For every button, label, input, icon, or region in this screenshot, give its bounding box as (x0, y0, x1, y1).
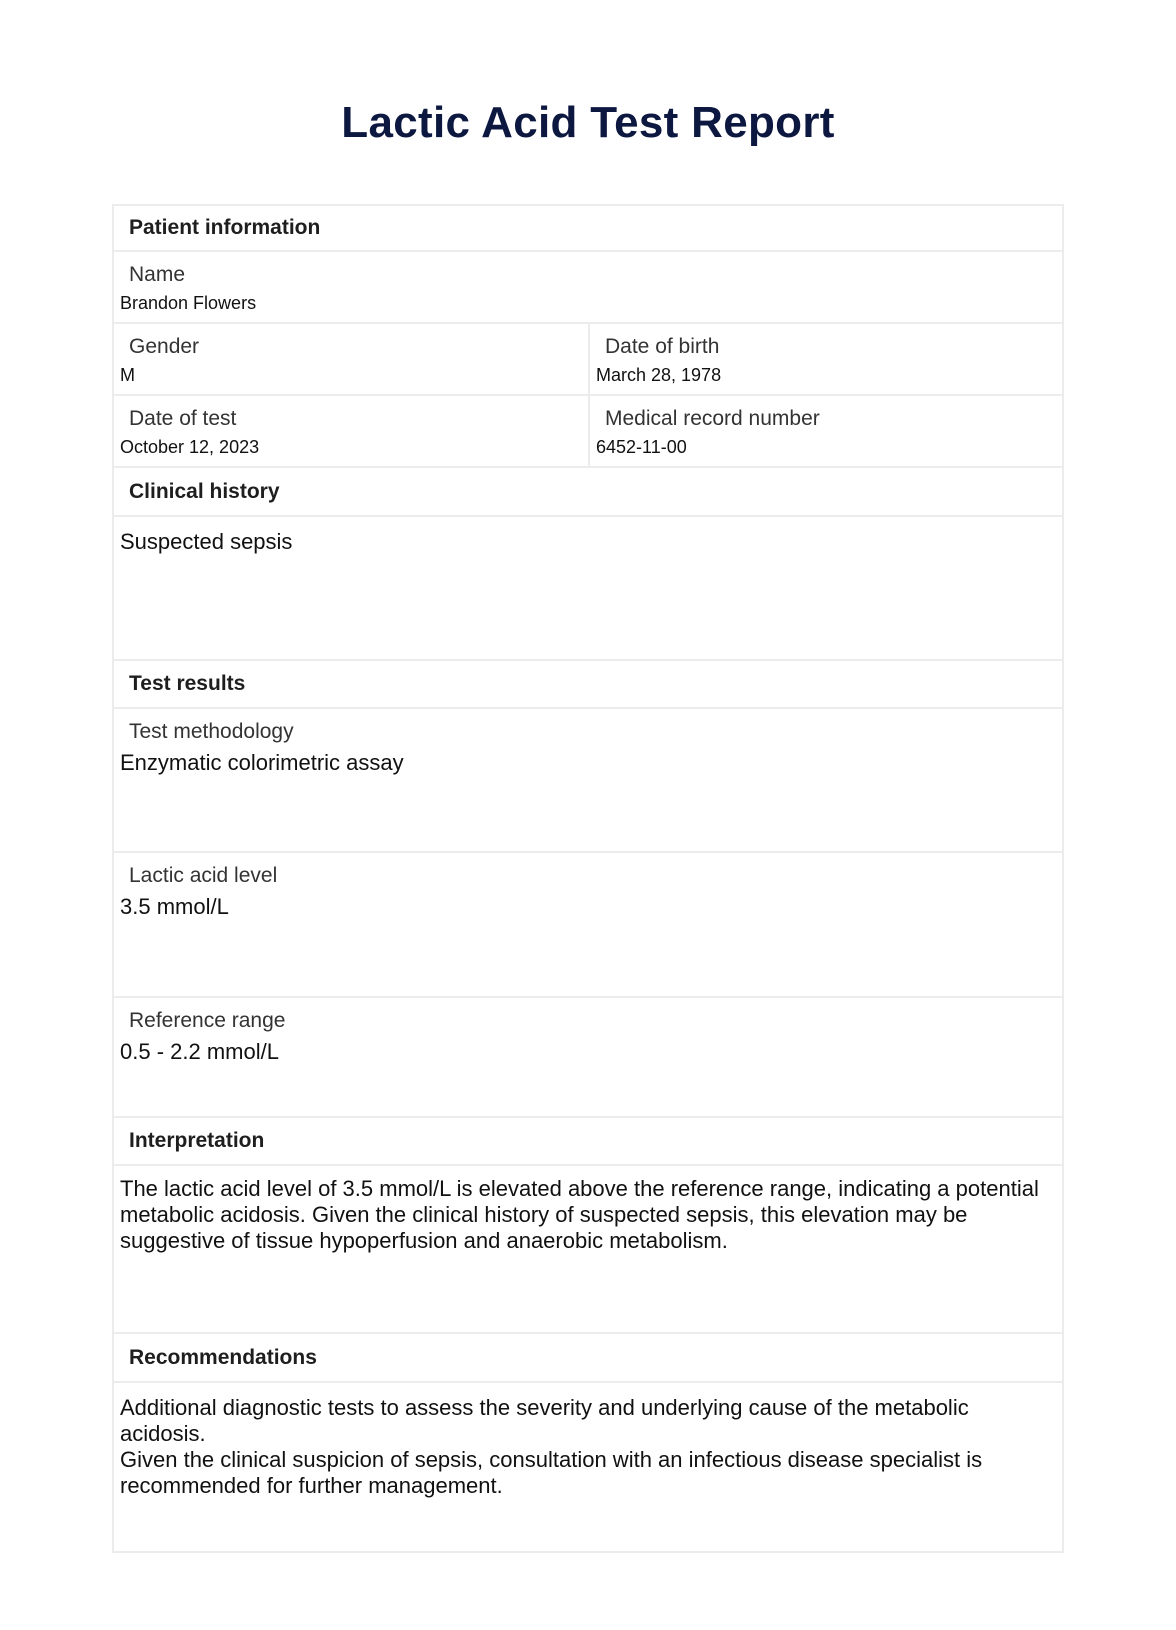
field-label-name: Name (114, 262, 1062, 288)
field-label-medical-record-number: Medical record number (590, 406, 1062, 432)
clinical-history-text[interactable]: Suspected sepsis (114, 517, 1062, 661)
field-value-lactic-acid-level[interactable]: 3.5 mmol/L (114, 893, 1062, 921)
field-label-date-of-birth: Date of birth (590, 334, 1062, 360)
field-test-methodology: Test methodology Enzymatic colorimetric … (114, 709, 1062, 853)
field-label-lactic-acid-level: Lactic acid level (114, 863, 1062, 889)
field-value-medical-record-number[interactable]: 6452-11-00 (590, 434, 1062, 460)
field-lactic-acid-level: Lactic acid level 3.5 mmol/L (114, 853, 1062, 998)
field-date-of-test: Date of test October 12, 2023 (114, 396, 590, 466)
field-name: Name Brandon Flowers (114, 252, 1062, 324)
row-gender-dob: Gender M Date of birth March 28, 1978 (114, 324, 1062, 396)
recommendations-text[interactable]: Additional diagnostic tests to assess th… (114, 1383, 1062, 1551)
interpretation-text[interactable]: The lactic acid level of 3.5 mmol/L is e… (114, 1166, 1062, 1334)
field-label-test-methodology: Test methodology (114, 719, 1062, 745)
field-medical-record-number: Medical record number 6452-11-00 (590, 396, 1062, 466)
row-test-date-mrn: Date of test October 12, 2023 Medical re… (114, 396, 1062, 468)
field-value-date-of-test[interactable]: October 12, 2023 (114, 434, 588, 460)
field-gender: Gender M (114, 324, 590, 394)
field-date-of-birth: Date of birth March 28, 1978 (590, 324, 1062, 394)
report-form: Patient information Name Brandon Flowers… (112, 204, 1064, 1553)
clinical-history-value: Suspected sepsis (120, 529, 1054, 555)
field-reference-range: Reference range 0.5 - 2.2 mmol/L (114, 998, 1062, 1118)
section-header-clinical-history: Clinical history (114, 468, 1062, 517)
field-value-reference-range[interactable]: 0.5 - 2.2 mmol/L (114, 1038, 1062, 1066)
section-header-recommendations: Recommendations (114, 1334, 1062, 1383)
recommendation-item: Given the clinical suspicion of sepsis, … (120, 1447, 1054, 1499)
interpretation-value: The lactic acid level of 3.5 mmol/L is e… (120, 1176, 1054, 1254)
field-label-reference-range: Reference range (114, 1008, 1062, 1034)
section-header-test-results: Test results (114, 661, 1062, 709)
field-label-gender: Gender (114, 334, 588, 360)
field-value-gender[interactable]: M (114, 362, 588, 388)
field-value-test-methodology[interactable]: Enzymatic colorimetric assay (114, 749, 1062, 777)
page-title: Lactic Acid Test Report (0, 96, 1176, 150)
field-value-date-of-birth[interactable]: March 28, 1978 (590, 362, 1062, 388)
field-value-name[interactable]: Brandon Flowers (114, 290, 1062, 316)
field-label-date-of-test: Date of test (114, 406, 588, 432)
section-header-interpretation: Interpretation (114, 1118, 1062, 1166)
recommendation-item: Additional diagnostic tests to assess th… (120, 1395, 1054, 1447)
section-header-patient-information: Patient information (114, 206, 1062, 252)
